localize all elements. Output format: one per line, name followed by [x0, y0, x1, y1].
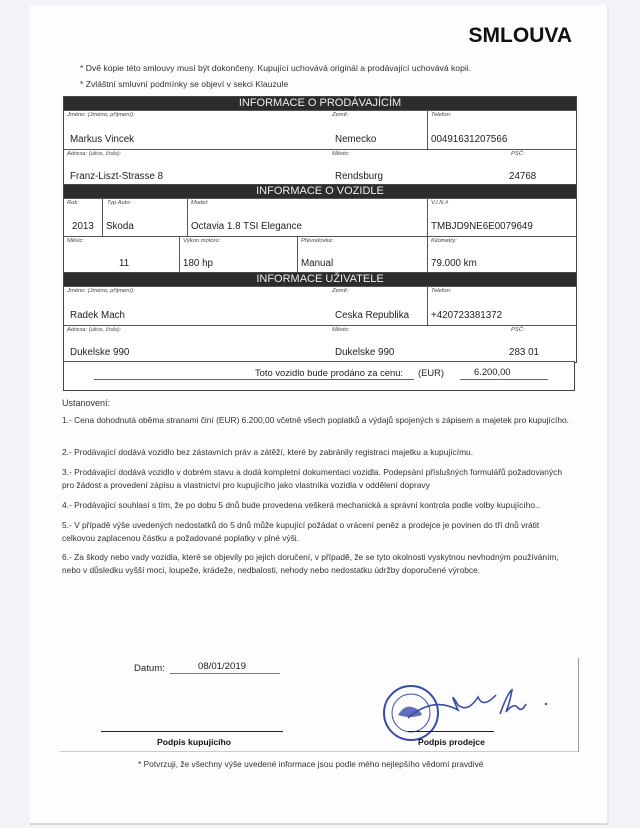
buyer-phone: +420723381372: [431, 310, 502, 321]
seller-address-label: Adresa: (ulice, číslo):: [67, 151, 121, 157]
vehicle-power: 180 hp: [183, 258, 213, 269]
footer-divider: [60, 751, 578, 752]
vehicle-month-field: Měsíc: 11: [64, 237, 179, 273]
date-value: 08/01/2019: [198, 661, 246, 672]
seller-country-field: Země: Nemecko: [329, 111, 427, 149]
vehicle-km-field: Kilometry: 79.000 km: [427, 237, 576, 273]
note-special-terms: * Zvláštní smluvní podmínky se objeví v …: [80, 79, 288, 89]
price-amount: 6.200,00: [474, 366, 511, 377]
seller-signature-line: [408, 731, 494, 732]
buyer-zip: 283 01: [509, 347, 539, 358]
document-title: SMLOUVA: [469, 24, 572, 48]
vehicle-km-label: Kilometry:: [431, 238, 457, 244]
seller-address: Franz-Liszt-Strasse 8: [70, 171, 163, 182]
clause-1: 1.- Cena dohodnutá oběma stranami činí (…: [62, 414, 572, 427]
seller-zip: 24768: [509, 171, 536, 182]
price-row: Toto vozidlo bude prodáno za cenu: (EUR)…: [63, 361, 575, 391]
clauses-heading: Ustanovení:: [62, 397, 572, 410]
seller-city-field: Město: Rendsburg: [329, 150, 489, 186]
clause-5: 5.- V případě výše uvedených nedostatků …: [62, 519, 572, 545]
buyer-city-field: Město: Dukelske 990: [329, 326, 489, 362]
seller-country: Nemecko: [335, 134, 376, 145]
vehicle-model: Octavia 1.8 TSI Elegance: [191, 221, 302, 232]
clause-2: 2.- Prodávající dodává vozidlo bez zásta…: [62, 446, 572, 459]
vehicle-km: 79.000 km: [431, 258, 477, 269]
buyer-signature-label: Podpis kupujícího: [157, 737, 231, 747]
seller-city-label: Město:: [332, 151, 349, 157]
vehicle-vin-field: V.I.N.# TMBJD9NE6E0079649: [427, 199, 576, 236]
seller-zip-field: PSČ: 24768: [489, 150, 576, 186]
buyer-signature-line: [101, 731, 283, 732]
vehicle-year-label: Rok:: [67, 200, 79, 206]
vehicle-month-label: Měsíc:: [67, 238, 84, 244]
buyer-name: Radek Mach: [70, 310, 125, 321]
vehicle-transmission-label: Převodovka:: [301, 238, 333, 244]
seller-phone-label: Telefon:: [431, 112, 451, 118]
vehicle-make-label: Typ Auto:: [107, 200, 131, 206]
clause-4: 4.- Prodávající souhlasí s tím, že po do…: [62, 499, 572, 512]
buyer-phone-field: Telefon: +420723381372: [427, 287, 576, 325]
buyer-phone-label: Telefon:: [431, 288, 451, 294]
vehicle-year: 2013: [72, 221, 94, 232]
seller-name-field: Jméno: (Jméno, příjmení): Markus Vincek: [64, 111, 329, 149]
price-currency: (EUR): [418, 367, 444, 378]
vehicle-vin: TMBJD9NE6E0079649: [431, 221, 533, 232]
buyer-country: Ceska Republika: [335, 310, 409, 321]
seller-section: INFORMACE O PRODÁVAJÍCÍM Jméno: (Jméno, …: [63, 96, 577, 187]
buyer-zip-label: PSČ:: [511, 327, 525, 333]
date-label: Datum:: [134, 663, 165, 674]
seller-signature-label: Podpis prodejce: [418, 737, 485, 747]
vehicle-model-field: Model: Octavia 1.8 TSI Elegance: [187, 199, 427, 236]
note-copies: * Dvě kopie této smlouvy musí být dokonč…: [80, 63, 471, 73]
seller-phone-field: Telefon: 00491631207566: [427, 111, 576, 149]
buyer-city-label: Město:: [332, 327, 349, 333]
buyer-city: Dukelske 990: [335, 347, 394, 358]
footer-confirmation: * Potvrzuji, že všechny výše uvedené inf…: [138, 759, 483, 769]
vehicle-model-label: Model:: [191, 200, 208, 206]
buyer-name-label: Jméno: (Jméno, příjmení):: [67, 288, 135, 294]
buyer-country-field: Země: Ceska Republika: [329, 287, 427, 325]
seller-city: Rendsburg: [335, 171, 383, 182]
price-underline-left: [94, 379, 414, 380]
vehicle-make-field: Typ Auto: Skoda: [102, 199, 187, 236]
vehicle-section: INFORMACE O VOZIDLE Rok: 2013 Typ Auto: …: [63, 184, 577, 274]
vehicle-transmission: Manual: [301, 258, 333, 269]
clause-3: 3.- Prodávající dodává vozidlo v dobrém …: [62, 466, 572, 492]
seller-name-label: Jméno: (Jméno, příjmení):: [67, 112, 135, 118]
seller-name: Markus Vincek: [70, 134, 134, 145]
vehicle-vin-label: V.I.N.#: [431, 200, 448, 206]
clause-6: 6.- Za škody nebo vady vozidla, které se…: [62, 551, 572, 577]
date-underline: [170, 673, 280, 674]
buyer-section: INFORMACE UŽIVATELE Jméno: (Jméno, příjm…: [63, 272, 577, 363]
price-underline-right: [460, 379, 548, 380]
price-label: Toto vozidlo bude prodáno za cenu:: [255, 367, 403, 378]
seller-zip-label: PSČ:: [511, 151, 525, 157]
vehicle-year-field: Rok: 2013: [64, 199, 102, 236]
vehicle-power-label: Výkon motoru:: [183, 238, 220, 244]
vehicle-power-field: Výkon motoru: 180 hp: [179, 237, 297, 273]
buyer-name-field: Jméno: (Jméno, příjmení): Radek Mach: [64, 287, 329, 325]
vehicle-month: 11: [119, 258, 129, 269]
buyer-country-label: Země:: [332, 288, 348, 294]
seller-phone: 00491631207566: [431, 134, 507, 145]
buyer-address-label: Adresa: (ulice, číslo):: [67, 327, 121, 333]
buyer-header: INFORMACE UŽIVATELE: [64, 273, 576, 286]
buyer-address-field: Adresa: (ulice, číslo): Dukelske 990: [64, 326, 329, 362]
buyer-zip-field: PSČ: 283 01: [489, 326, 576, 362]
buyer-address: Dukelske 990: [70, 347, 129, 358]
vehicle-make: Skoda: [106, 221, 134, 232]
vehicle-transmission-field: Převodovka: Manual: [297, 237, 427, 273]
seller-address-field: Adresa: (ulice, číslo): Franz-Liszt-Stra…: [64, 150, 329, 186]
seller-country-label: Země:: [332, 112, 348, 118]
vehicle-header: INFORMACE O VOZIDLE: [64, 185, 576, 198]
seller-header: INFORMACE O PRODÁVAJÍCÍM: [64, 97, 576, 110]
